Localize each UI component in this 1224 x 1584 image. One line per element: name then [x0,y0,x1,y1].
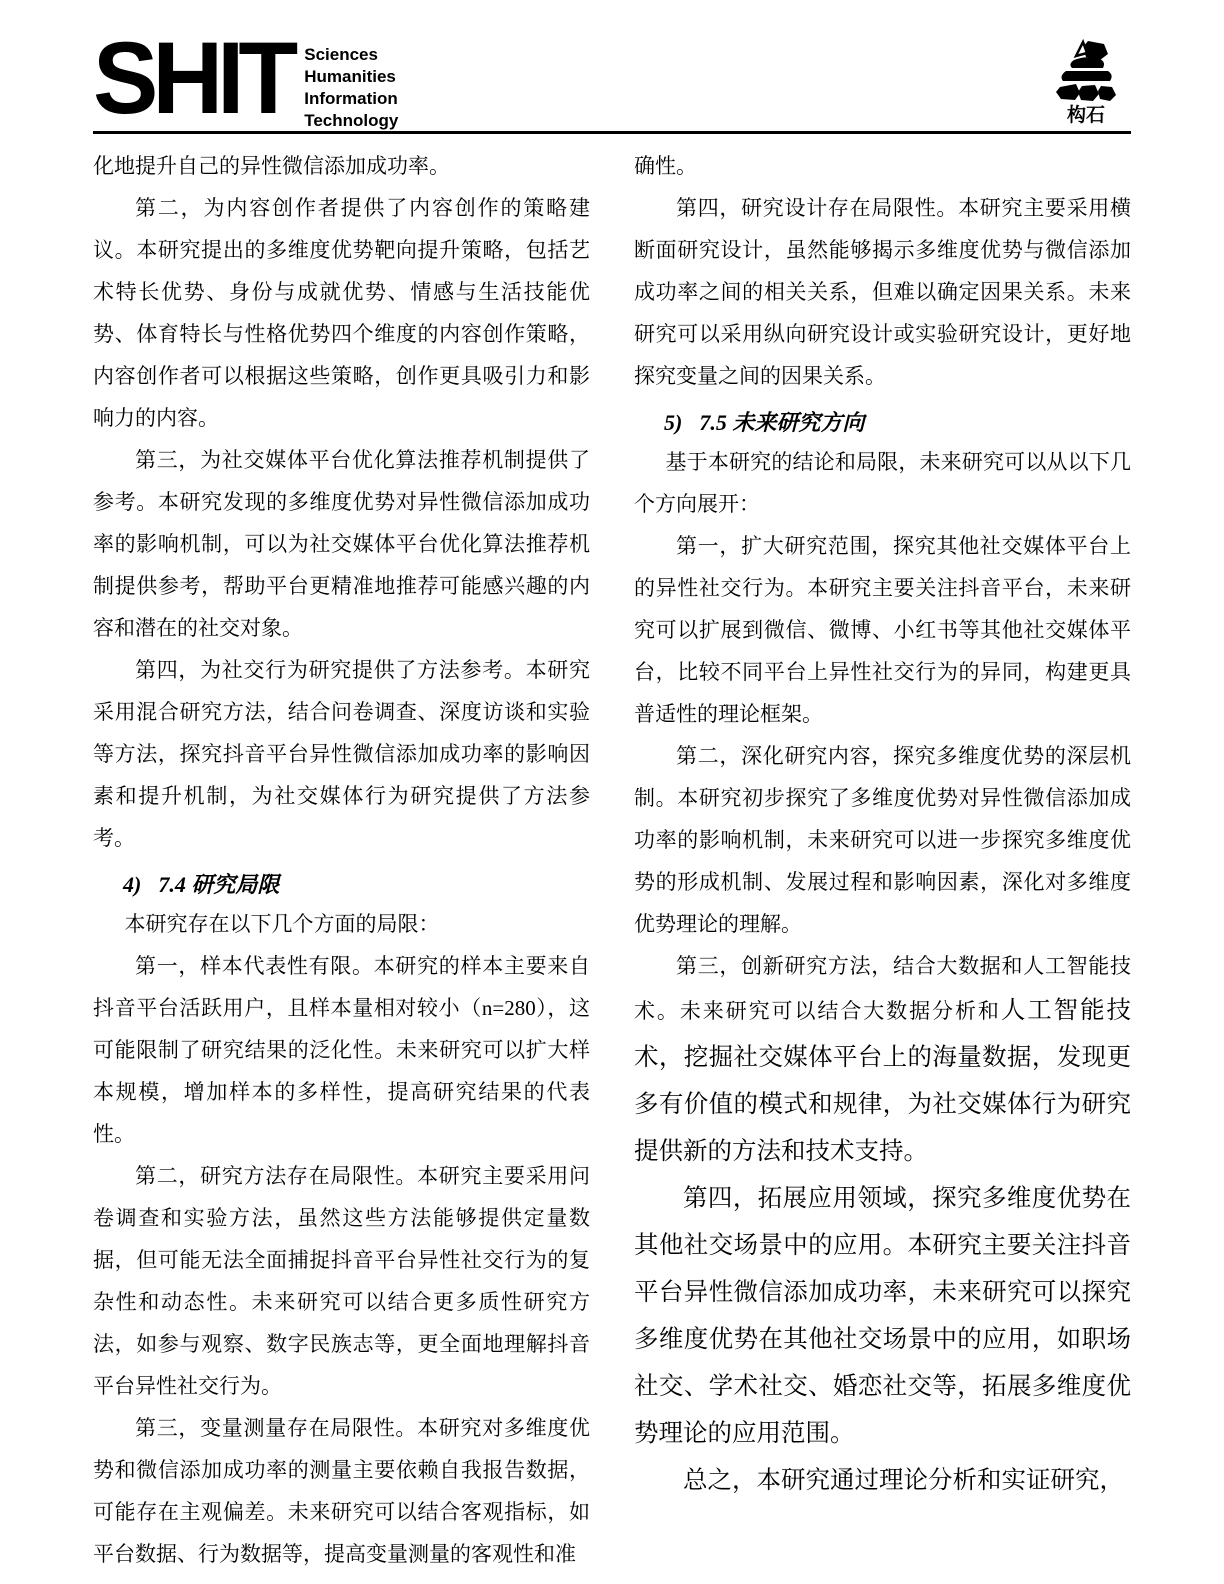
body-paragraph: 确性。 [634,145,1131,187]
body-paragraph: 第二，研究方法存在局限性。本研究主要采用问卷调查和实验方法，虽然这些方法能够提供… [93,1155,590,1407]
org-mark-label: 构石 [1041,105,1131,127]
paper-page: SHIT Sciences Humanities Information Tec… [0,0,1224,1584]
section-title: 7.4 研究局限 [158,872,279,897]
section-number: 4) [123,872,141,897]
body-paragraph: 第二，深化研究内容，探究多维度优势的深层机制。本研究初步探究了多维度优势对异性微… [634,735,1131,945]
org-mark: 构石 [1041,36,1131,127]
body-paragraph: 第三，创新研究方法，结合大数据和人工智能技术。未来研究可以结合大数据分析和人工智… [634,945,1131,1175]
section-heading: 4)7.4 研究局限 [123,867,590,903]
body-paragraph: 第四，研究设计存在局限性。本研究主要采用横断面研究设计，虽然能够揭示多维度优势与… [634,187,1131,397]
rock-cairn-icon [1052,38,1120,104]
body-paragraph: 总之，本研究通过理论分析和实证研究， [634,1457,1131,1504]
body-paragraph: 第四，拓展应用领域，探究多维度优势在其他社交场景中的应用。本研究主要关注抖音平台… [634,1175,1131,1457]
right-column: 确性。 第四，研究设计存在局限性。本研究主要采用横断面研究设计，虽然能够揭示多维… [634,145,1131,1575]
body-paragraph: 本研究存在以下几个方面的局限： [93,903,590,945]
brand-wordmark: SHIT [93,36,292,119]
body-paragraph: 基于本研究的结论和局限，未来研究可以从以下几个方向展开： [634,441,1131,525]
brand-logo: SHIT Sciences Humanities Information Tec… [93,36,398,132]
body-paragraph: 第一，扩大研究范围，探究其他社交媒体平台上的异性社交行为。本研究主要关注抖音平台… [634,525,1131,735]
brand-subtitle-line: Information [304,88,398,110]
brand-subtitle: Sciences Humanities Information Technolo… [304,36,398,132]
body-paragraph: 第一，样本代表性有限。本研究的样本主要来自抖音平台活跃用户，且样本量相对较小（n… [93,945,590,1155]
page-header: SHIT Sciences Humanities Information Tec… [0,0,1224,131]
body-paragraph: 第二，为内容创作者提供了内容创作的策略建议。本研究提出的多维度优势靶向提升策略，… [93,187,590,439]
body-paragraph: 第三，变量测量存在局限性。本研究对多维度优势和微信添加成功率的测量主要依赖自我报… [93,1407,590,1575]
brand-subtitle-line: Technology [304,110,398,132]
brand-subtitle-line: Humanities [304,66,398,88]
content-columns: 化地提升自己的异性微信添加成功率。 第二，为内容创作者提供了内容创作的策略建议。… [0,134,1224,1575]
body-paragraph: 第四，为社交行为研究提供了方法参考。本研究采用混合研究方法，结合问卷调查、深度访… [93,649,590,859]
section-heading: 5)7.5 未来研究方向 [664,405,1131,441]
section-number: 5) [664,410,682,435]
left-column: 化地提升自己的异性微信添加成功率。 第二，为内容创作者提供了内容创作的策略建议。… [93,145,590,1575]
body-paragraph: 第三，为社交媒体平台优化算法推荐机制提供了参考。本研究发现的多维度优势对异性微信… [93,439,590,649]
section-title: 7.5 未来研究方向 [699,410,864,435]
brand-subtitle-line: Sciences [304,44,398,66]
body-paragraph: 化地提升自己的异性微信添加成功率。 [93,145,590,187]
